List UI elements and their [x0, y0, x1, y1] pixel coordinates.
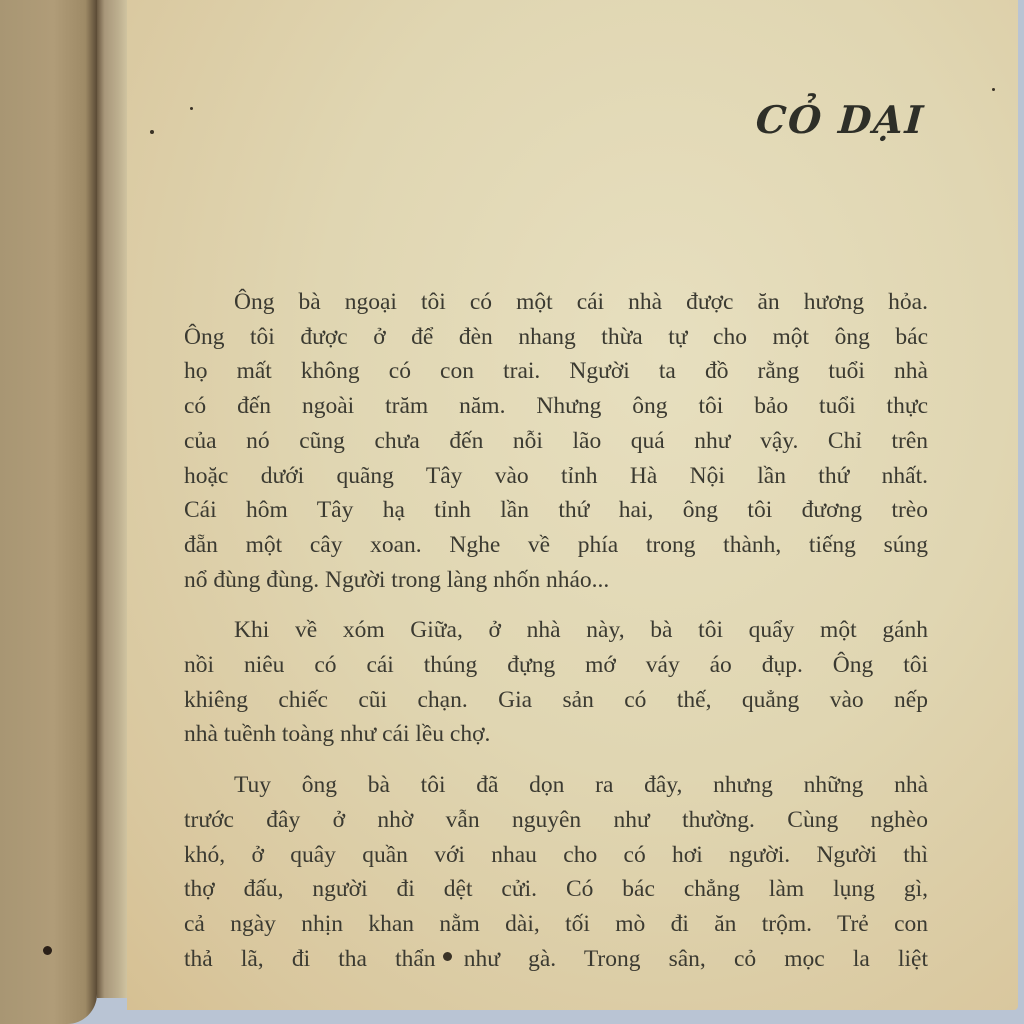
- text-line: thợ đấu, người đi dệt cửi. Có bác chẳng …: [184, 872, 928, 907]
- paragraph-2: Khi về xóm Giữa, ở nhà này, bà tôi quẩy …: [184, 613, 928, 752]
- text-line: nồi niêu có cái thúng đựng mớ váy áo đụp…: [184, 648, 928, 683]
- paper-speck: [190, 107, 193, 110]
- ink-spot: [43, 946, 52, 955]
- text-line: Ông tôi được ở để đèn nhang thừa tự cho …: [184, 320, 928, 355]
- text-line: nhà tuềnh toàng như cái lều chợ.: [184, 717, 928, 752]
- text-line: hoặc dưới quãng Tây vào tỉnh Hà Nội lần …: [184, 459, 928, 494]
- text-line: Ông bà ngoại tôi có một cái nhà được ăn …: [184, 285, 928, 320]
- text-line: Tuy ông bà tôi đã dọn ra đây, nhưng nhữn…: [184, 768, 928, 803]
- text-line: thả lã, đi tha thẩn như gà. Trong sân, c…: [184, 942, 928, 977]
- text-line: khó, ở quây quần với nhau cho có hơi ngư…: [184, 838, 928, 873]
- paper-speck: [992, 88, 995, 91]
- left-page-edge: [0, 0, 97, 1024]
- text-line: của nó cũng chưa đến nỗi lão quá như vậy…: [184, 424, 928, 459]
- chapter-title: CỎ DẠI: [754, 97, 926, 142]
- text-line: trước đây ở nhờ vẫn nguyên như thường. C…: [184, 803, 928, 838]
- paper-speck: [443, 952, 452, 961]
- text-line: có đến ngoài trăm năm. Nhưng ông tôi bảo…: [184, 389, 928, 424]
- text-line: Cái hôm Tây hạ tỉnh lần thứ hai, ông tôi…: [184, 493, 928, 528]
- text-line: Khi về xóm Giữa, ở nhà này, bà tôi quẩy …: [184, 613, 928, 648]
- text-line: nổ đùng đùng. Người trong làng nhốn nháo…: [184, 563, 928, 598]
- paper-speck: [150, 130, 154, 134]
- text-line: đẵn một cây xoan. Nghe về phía trong thà…: [184, 528, 928, 563]
- text-line: họ mất không có con trai. Người ta đồ rằ…: [184, 354, 928, 389]
- body-text: Ông bà ngoại tôi có một cái nhà được ăn …: [184, 285, 928, 992]
- text-line: khiêng chiếc cũi chạn. Gia sản có thế, q…: [184, 683, 928, 718]
- book-gutter: [97, 0, 127, 998]
- text-line: cả ngày nhịn khan nằm dài, tối mò đi ăn …: [184, 907, 928, 942]
- paragraph-1: Ông bà ngoại tôi có một cái nhà được ăn …: [184, 285, 928, 597]
- paragraph-3: Tuy ông bà tôi đã dọn ra đây, nhưng nhữn…: [184, 768, 928, 976]
